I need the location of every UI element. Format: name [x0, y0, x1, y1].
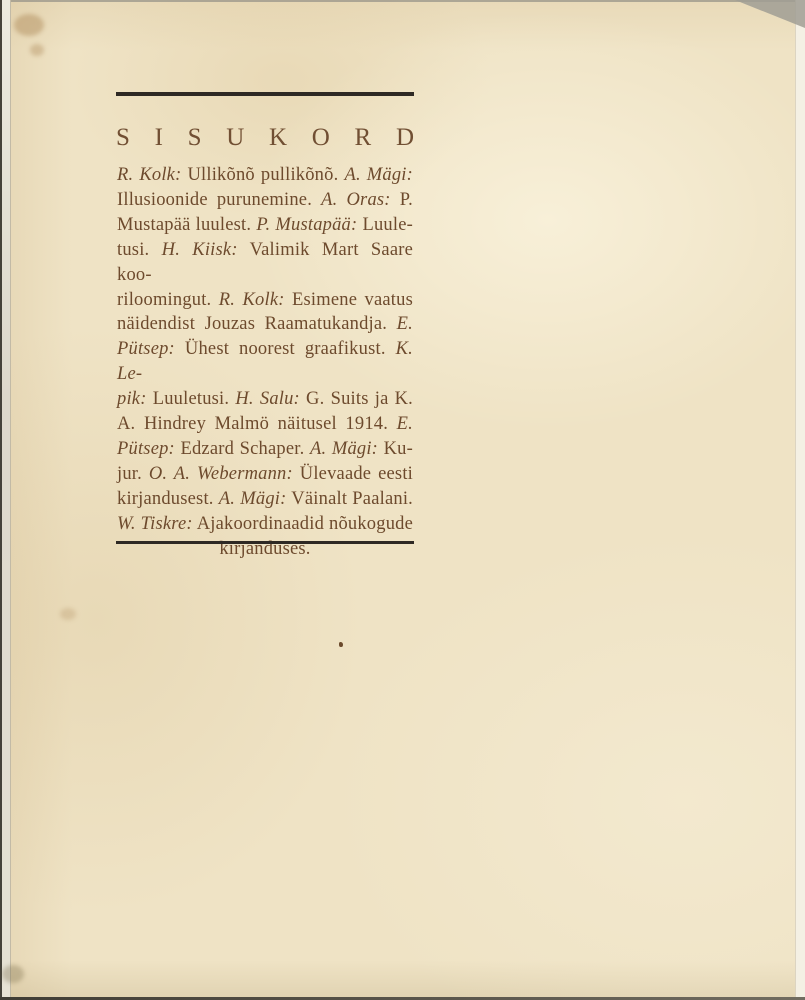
author-name: E. [397, 314, 413, 334]
toc-line: R. Kolk: Ullikõnõ pullikõnõ. A. Mägi: [117, 163, 413, 188]
page-heading: SISUKORD [116, 124, 414, 152]
toc-line: riloomingut. R. Kolk: Esimene vaatus [117, 288, 413, 313]
entry-title: A. Hindrey Malmö näitusel 1914. [117, 414, 397, 434]
author-name: A. Mägi: [344, 165, 413, 185]
page-edge-right [795, 0, 805, 1000]
bottom-rule [116, 541, 414, 544]
author-name: W. Tiskre: [117, 514, 193, 534]
author-name: H. Salu: [235, 389, 300, 409]
author-name: E. [397, 414, 413, 434]
entry-title: kirjandusest. [117, 489, 219, 509]
author-name: A. Mägi: [310, 439, 378, 459]
entry-title: tusi. [117, 240, 162, 260]
entry-title: Edzard Schaper. [175, 439, 310, 459]
author-name: P. Mustapää: [256, 215, 357, 235]
ink-speck [339, 642, 343, 647]
toc-line: pik: Luuletusi. H. Salu: G. Suits ja K. [117, 387, 413, 412]
heading-letter: D [396, 124, 414, 152]
heading-letter: K [269, 124, 287, 152]
entry-title: Esimene vaatus [285, 290, 413, 310]
entry-title: riloomingut. [117, 290, 219, 310]
toc-line: kirjandusest. A. Mägi: Väinalt Paalani. [117, 487, 413, 512]
entry-title: jur. [117, 464, 149, 484]
author-name: A. Mägi: [219, 489, 287, 509]
heading-letter: S [116, 124, 130, 152]
toc-text: R. Kolk: Ullikõnõ pullikõnõ. A. Mägi:Ill… [117, 163, 413, 562]
entry-title: Luuletusi. [147, 389, 236, 409]
author-name: A. Oras: [321, 190, 391, 210]
heading-letter: O [312, 124, 330, 152]
author-name: Pütsep: [117, 439, 175, 459]
entry-title: Illusioonide purunemine. [117, 190, 321, 210]
entry-title: Mustapää luulest. [117, 215, 256, 235]
toc-line: Illusioonide purunemine. A. Oras: P. [117, 188, 413, 213]
author-name: R. Kolk: [117, 165, 181, 185]
page-edge-left [2, 0, 11, 1000]
toc-line: Mustapää luulest. P. Mustapää: Luule- [117, 213, 413, 238]
paper-stain [30, 44, 44, 56]
heading-letter: I [155, 124, 163, 152]
author-name: O. A. Webermann: [149, 464, 293, 484]
paper-stain [60, 608, 76, 620]
toc-line: tusi. H. Kiisk: Valimik Mart Saare koo- [117, 238, 413, 288]
entry-title: P. [391, 190, 413, 210]
toc-line: W. Tiskre: Ajakoordinaadid nõukogude [117, 512, 413, 537]
heading-letter: U [226, 124, 244, 152]
heading-letter: R [355, 124, 372, 152]
entry-title: Ullikõnõ pullikõnõ. [181, 165, 344, 185]
toc-line: A. Hindrey Malmö näitusel 1914. E. [117, 412, 413, 437]
entry-title: Luule- [357, 215, 413, 235]
toc-line: Pütsep: Edzard Schaper. A. Mägi: Ku- [117, 437, 413, 462]
entry-title: Ühest noorest graafikust. [175, 339, 396, 359]
author-name: Pütsep: [117, 339, 175, 359]
toc-line: jur. O. A. Webermann: Ülevaade eesti [117, 462, 413, 487]
toc-line: näidendist Jouzas Raamatukandja. E. [117, 312, 413, 337]
paper-stain [2, 965, 24, 983]
entry-title: Ajakoordinaadid nõukogude [193, 514, 413, 534]
entry-title: Ku- [378, 439, 413, 459]
paper-stain [14, 14, 44, 36]
entry-title: Ülevaade eesti [293, 464, 413, 484]
toc-line: Pütsep: Ühest noorest graafikust. K. Le- [117, 337, 413, 387]
author-name: R. Kolk: [219, 290, 285, 310]
author-name: pik: [117, 389, 147, 409]
heading-letter: S [188, 124, 202, 152]
page-edge-top [0, 0, 805, 2]
scanned-page: SISUKORD R. Kolk: Ullikõnõ pullikõnõ. A.… [0, 0, 805, 1000]
entry-title: G. Suits ja K. [300, 389, 413, 409]
page-corner-shadow [735, 0, 805, 28]
author-name: H. Kiisk: [162, 240, 238, 260]
entry-title: Väinalt Paalani. [286, 489, 413, 509]
top-rule [116, 92, 414, 96]
entry-title: näidendist Jouzas Raamatukandja. [117, 314, 397, 334]
